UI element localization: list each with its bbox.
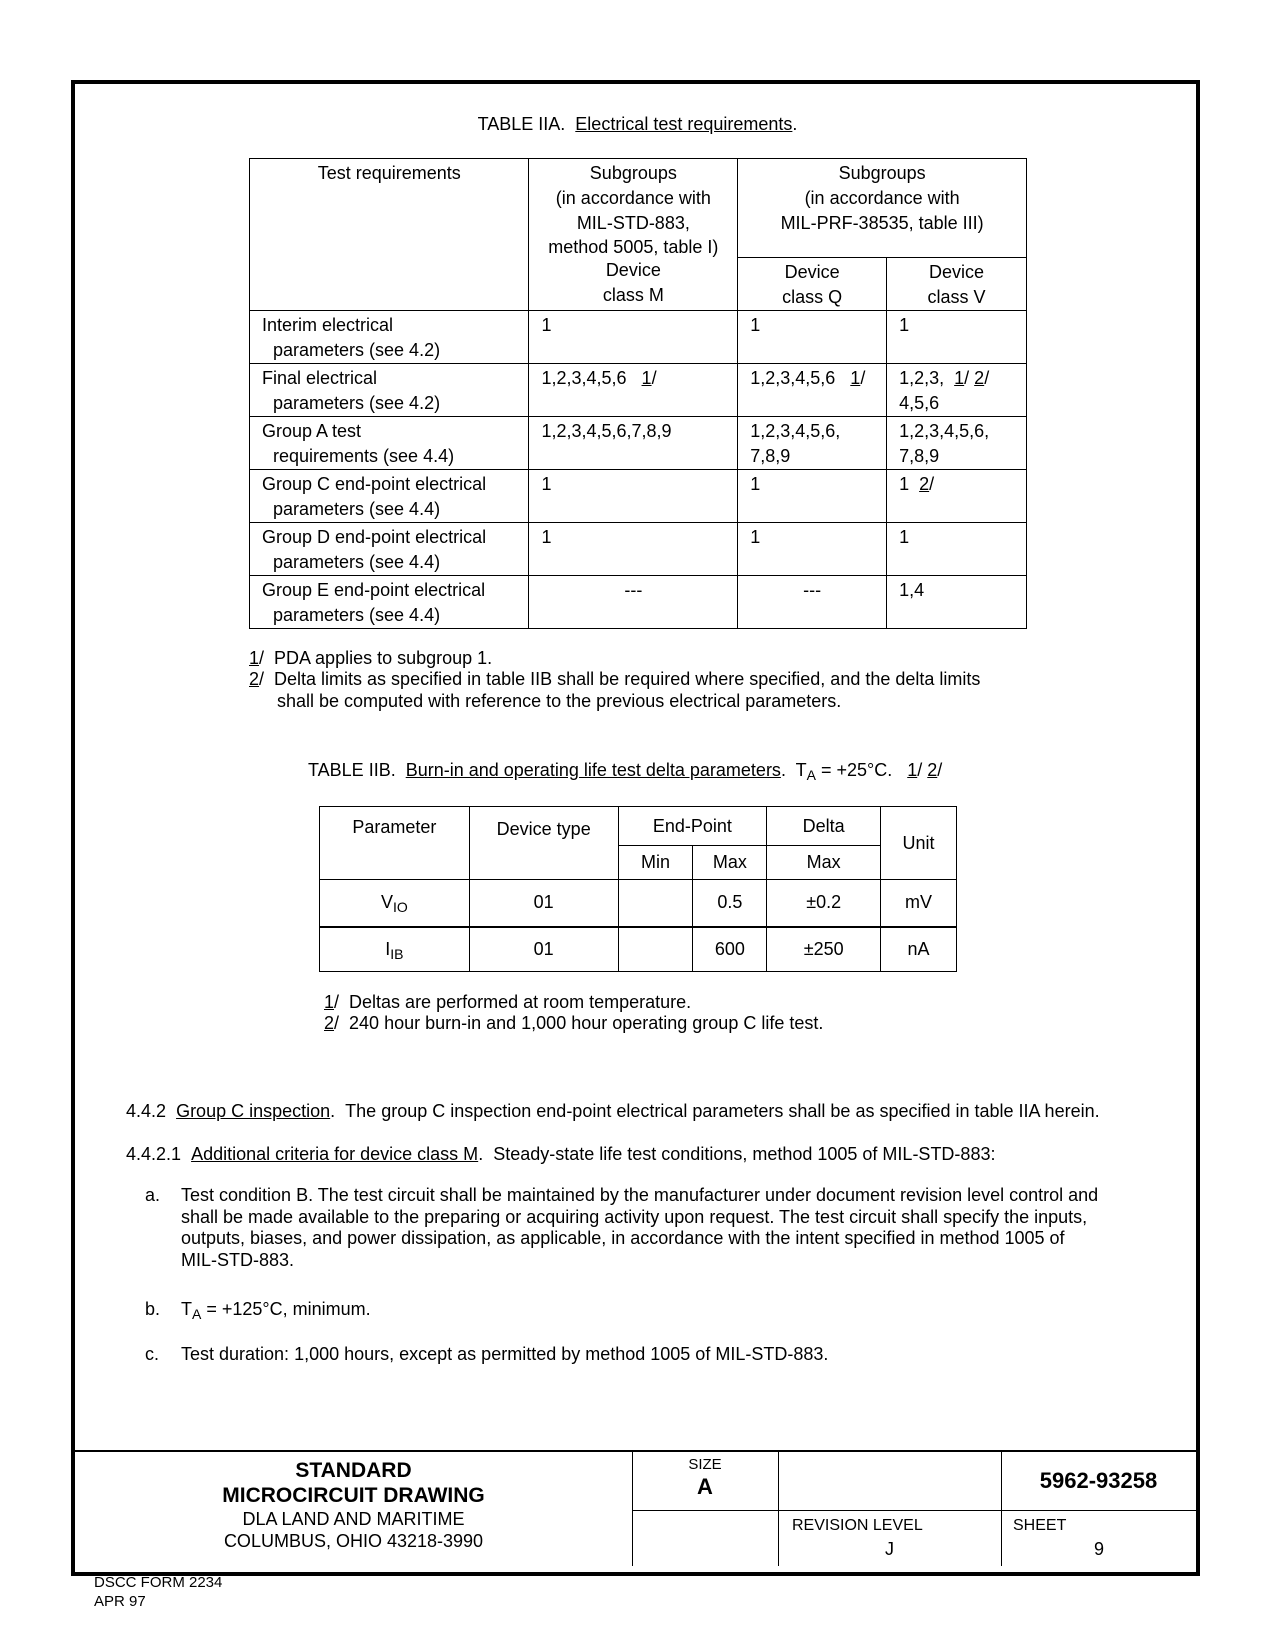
- item-b-text: TA = +125°C, minimum.: [181, 1297, 371, 1322]
- cell-class-v: 1,2,3, 1/ 2/4,5,6: [887, 364, 1027, 417]
- table-row: Group C end-point electricalparameters (…: [250, 470, 1027, 523]
- item-c-letter: c.: [145, 1342, 159, 1367]
- cell-parameter: IIB: [320, 927, 470, 972]
- size-value: A: [632, 1474, 778, 1500]
- cell-test-requirement: Group E end-point electricalparameters (…: [250, 576, 529, 629]
- title-dla: DLA LAND AND MARITIME: [75, 1508, 632, 1530]
- table-row: Group E end-point electricalparameters (…: [250, 576, 1027, 629]
- cell-class-m: 1: [529, 470, 738, 523]
- cell-class-q: 1,2,3,4,5,6,7,8,9: [738, 417, 887, 470]
- cell-test-requirement: Group C end-point electricalparameters (…: [250, 470, 529, 523]
- header-class-q: Deviceclass Q: [738, 258, 887, 311]
- title-microcircuit-drawing: MICROCIRCUIT DRAWING: [75, 1483, 632, 1508]
- item-b-letter: b.: [145, 1297, 160, 1322]
- section-4-4-2: 4.4.2 Group C inspection. The group C in…: [126, 1099, 1100, 1124]
- table-2b: Parameter Device type End-Point Delta Un…: [319, 806, 957, 972]
- title-block-agency: STANDARD MICROCIRCUIT DRAWING DLA LAND A…: [75, 1458, 632, 1552]
- title-block-mid-rule: [632, 1510, 1196, 1511]
- cell-min: [618, 880, 693, 927]
- title-block-top-rule: [75, 1450, 1196, 1452]
- cell-class-v: 1,4: [887, 576, 1027, 629]
- table-2a-title: Electrical test requirements: [575, 114, 792, 134]
- table-2a-caption: TABLE IIA. Electrical test requirements.: [0, 112, 1275, 137]
- cell-class-m: 1: [529, 523, 738, 576]
- cell-class-v: 1: [887, 523, 1027, 576]
- sheet-value: 9: [1094, 1538, 1104, 1560]
- cell-class-v: 1,2,3,4,5,6,7,8,9: [887, 417, 1027, 470]
- header-test-requirements: Test requirements: [250, 159, 529, 311]
- title-standard: STANDARD: [75, 1458, 632, 1483]
- table-2a: Test requirements Subgroups (in accordan…: [249, 158, 1027, 629]
- size-label: SIZE: [632, 1456, 778, 1474]
- cell-class-v: 1 2/: [887, 470, 1027, 523]
- header-end-point: End-Point: [618, 807, 767, 846]
- item-a-text: Test condition B. The test circuit shall…: [181, 1185, 1098, 1271]
- form-number: DSCC FORM 2234 APR 97: [94, 1573, 222, 1611]
- title-block-divider-2: [778, 1451, 779, 1566]
- cell-unit: nA: [881, 927, 957, 972]
- header-class-v: Deviceclass V: [887, 258, 1027, 311]
- table-2b-caption: TABLE IIB. Burn-in and operating life te…: [308, 758, 942, 783]
- table-row: VIO010.5±0.2mV: [320, 880, 957, 927]
- cell-unit: mV: [881, 880, 957, 927]
- item-c-text: Test duration: 1,000 hours, except as pe…: [181, 1342, 828, 1367]
- revision-value: J: [885, 1538, 894, 1560]
- sheet-label: SHEET: [1013, 1516, 1066, 1536]
- table-row: Group A testrequirements (see 4.4)1,2,3,…: [250, 417, 1027, 470]
- revision-label: REVISION LEVEL: [792, 1516, 923, 1536]
- cell-test-requirement: Interim electricalparameters (see 4.2): [250, 311, 529, 364]
- table-row: Group D end-point electricalparameters (…: [250, 523, 1027, 576]
- cell-class-q: ---: [738, 576, 887, 629]
- table-2a-footnote-2: 2/ Delta limits as specified in table II…: [249, 668, 980, 712]
- cell-class-m: 1,2,3,4,5,6 1/: [529, 364, 738, 417]
- table-2b-footnote-2: 2/ 240 hour burn-in and 1,000 hour opera…: [324, 1013, 823, 1034]
- cell-class-q: 1: [738, 523, 887, 576]
- cell-device-type: 01: [469, 927, 618, 972]
- header-max: Max: [693, 846, 767, 880]
- header-delta-max: Max: [767, 846, 881, 880]
- table-row: Interim electricalparameters (see 4.2)11…: [250, 311, 1027, 364]
- cell-test-requirement: Final electricalparameters (see 4.2): [250, 364, 529, 417]
- cell-test-requirement: Group A testrequirements (see 4.4): [250, 417, 529, 470]
- cell-delta-max: ±250: [767, 927, 881, 972]
- table-2a-label: TABLE IIA.: [478, 114, 566, 134]
- cell-device-type: 01: [469, 880, 618, 927]
- section-4-4-2-1: 4.4.2.1 Additional criteria for device c…: [126, 1142, 995, 1167]
- cell-max: 0.5: [693, 880, 767, 927]
- cell-class-m: 1: [529, 311, 738, 364]
- header-min: Min: [618, 846, 693, 880]
- title-address: COLUMBUS, OHIO 43218-3990: [75, 1530, 632, 1552]
- cell-max: 600: [693, 927, 767, 972]
- cell-class-q: 1: [738, 311, 887, 364]
- cell-class-m: 1,2,3,4,5,6,7,8,9: [529, 417, 738, 470]
- header-subgroups-883: Subgroups (in accordance with MIL-STD-88…: [529, 159, 738, 311]
- item-a-letter: a.: [145, 1185, 160, 1207]
- drawing-number: 5962-93258: [1001, 1468, 1196, 1494]
- table-2b-footnote-1: 1/ Deltas are performed at room temperat…: [324, 992, 691, 1013]
- header-unit: Unit: [881, 807, 957, 880]
- header-delta: Delta: [767, 807, 881, 846]
- cell-min: [618, 927, 693, 972]
- cell-parameter: VIO: [320, 880, 470, 927]
- header-parameter: Parameter: [320, 807, 470, 880]
- cell-class-m: ---: [529, 576, 738, 629]
- table-row: IIB01600±250nA: [320, 927, 957, 972]
- cell-delta-max: ±0.2: [767, 880, 881, 927]
- cell-class-v: 1: [887, 311, 1027, 364]
- header-subgroups-38535: Subgroups (in accordance with MIL-PRF-38…: [738, 159, 1027, 258]
- cell-class-q: 1,2,3,4,5,6 1/: [738, 364, 887, 417]
- cell-class-q: 1: [738, 470, 887, 523]
- header-device-type: Device type: [469, 807, 618, 880]
- cell-test-requirement: Group D end-point electricalparameters (…: [250, 523, 529, 576]
- table-row: Final electricalparameters (see 4.2)1,2,…: [250, 364, 1027, 417]
